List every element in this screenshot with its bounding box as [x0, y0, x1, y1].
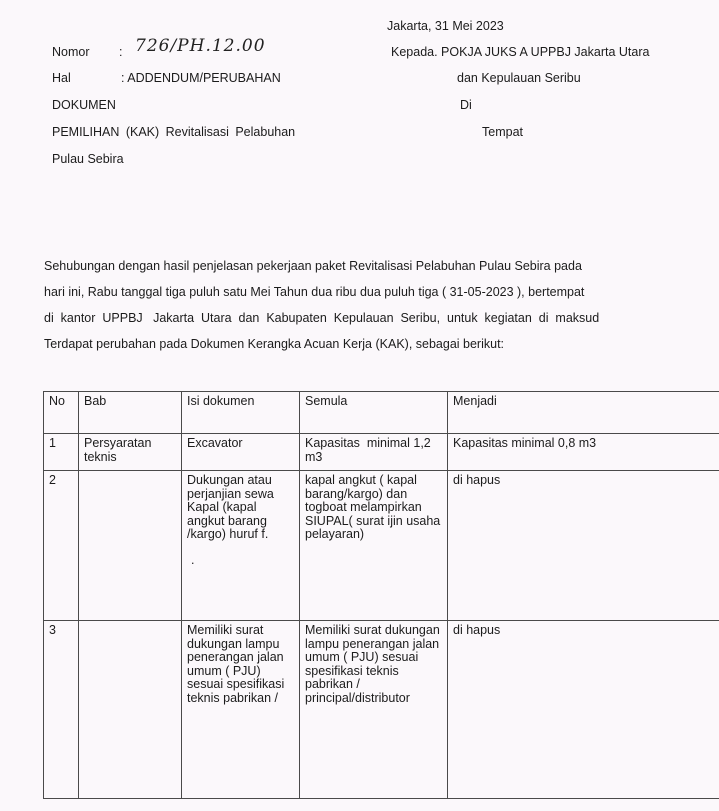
cell-no: 2	[44, 471, 79, 621]
nomor-label: Nomor	[52, 44, 90, 60]
cell-semula: kapal angkut ( kapal barang/kargo) dan t…	[300, 471, 448, 621]
place-date: Jakarta, 31 Mei 2023	[387, 18, 504, 34]
body-paragraph: Sehubungan dengan hasil penjelasan peker…	[44, 253, 719, 357]
body-line: hari ini, Rabu tanggal tiga puluh satu M…	[44, 279, 719, 305]
header-semula: Semula	[300, 392, 448, 434]
hal-label: Hal	[52, 70, 71, 86]
cell-bab: Persyaratan teknis	[79, 434, 182, 471]
recipient-line-4: Tempat	[482, 124, 523, 140]
cell-isi: Dukungan atau perjanjian sewa Kapal (kap…	[182, 471, 300, 621]
recipient-line-2: dan Kepulauan Seribu	[457, 70, 581, 86]
recipient-line-3: Di	[460, 97, 472, 113]
cell-bab	[79, 621, 182, 799]
recipient-line-1: Kepada. POKJA JUKS A UPPBJ Jakarta Utara	[391, 44, 649, 60]
hal-value: : ADDENDUM/PERUBAHAN	[121, 70, 281, 86]
body-line: di kantor UPPBJ Jakarta Utara dan Kabupa…	[44, 305, 719, 331]
cell-isi-text: Dukungan atau perjanjian sewa Kapal (kap…	[187, 474, 294, 542]
table-row: 1 Persyaratan teknis Excavator Kapasitas…	[44, 434, 719, 471]
cell-isi: Excavator	[182, 434, 300, 471]
body-line: Sehubungan dengan hasil penjelasan peker…	[44, 253, 719, 279]
header-no: No	[44, 392, 79, 434]
body-line: Terdapat perubahan pada Dokumen Kerangka…	[44, 331, 719, 357]
cell-isi-stray-mark: .	[187, 554, 294, 568]
changes-table: No Bab Isi dokumen Semula Menjadi 1 Pers…	[43, 391, 719, 799]
table-row: 2 Dukungan atau perjanjian sewa Kapal (k…	[44, 471, 719, 621]
cell-bab	[79, 471, 182, 621]
table-header-row: No Bab Isi dokumen Semula Menjadi	[44, 392, 719, 434]
cell-semula: Kapasitas minimal 1,2 m3	[300, 434, 448, 471]
cell-isi: Memiliki surat dukungan lampu penerangan…	[182, 621, 300, 799]
cell-no: 3	[44, 621, 79, 799]
hal-line-2: DOKUMEN	[52, 97, 116, 113]
cell-menjadi: Kapasitas minimal 0,8 m3	[448, 434, 719, 471]
cell-menjadi: di hapus	[448, 621, 719, 799]
nomor-separator: :	[119, 44, 122, 60]
hal-line-3: PEMILIHAN (KAK) Revitalisasi Pelabuhan	[52, 124, 295, 140]
header-isi-dokumen: Isi dokumen	[182, 392, 300, 434]
cell-menjadi: di hapus	[448, 471, 719, 621]
header-bab: Bab	[79, 392, 182, 434]
table-row: 3 Memiliki surat dukungan lampu penerang…	[44, 621, 719, 799]
header-menjadi: Menjadi	[448, 392, 719, 434]
cell-no: 1	[44, 434, 79, 471]
cell-semula: Memiliki surat dukungan lampu penerangan…	[300, 621, 448, 799]
hal-line-4: Pulau Sebira	[52, 151, 124, 167]
nomor-value-handwritten: 726/PH.12.00	[135, 38, 266, 54]
